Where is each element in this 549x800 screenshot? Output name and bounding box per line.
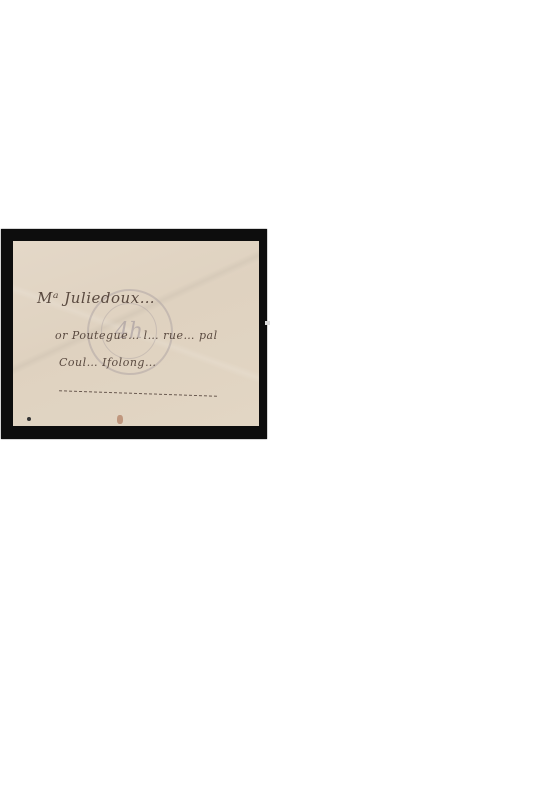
mourning-envelope: 4h Mᵃ Juliedoux… or Poutegue… l… rue… pa… <box>1 229 267 439</box>
address-line-1: Mᵃ Juliedoux… <box>37 289 155 307</box>
address-line-3: Coul… Ifolong… <box>59 356 156 369</box>
ink-dot <box>27 417 31 421</box>
address-line-2: or Poutegue… l… rue… pal <box>55 329 218 342</box>
envelope-paper: 4h Mᵃ Juliedoux… or Poutegue… l… rue… pa… <box>13 241 259 426</box>
stain-mark <box>117 415 123 424</box>
torn-edge <box>265 321 270 325</box>
